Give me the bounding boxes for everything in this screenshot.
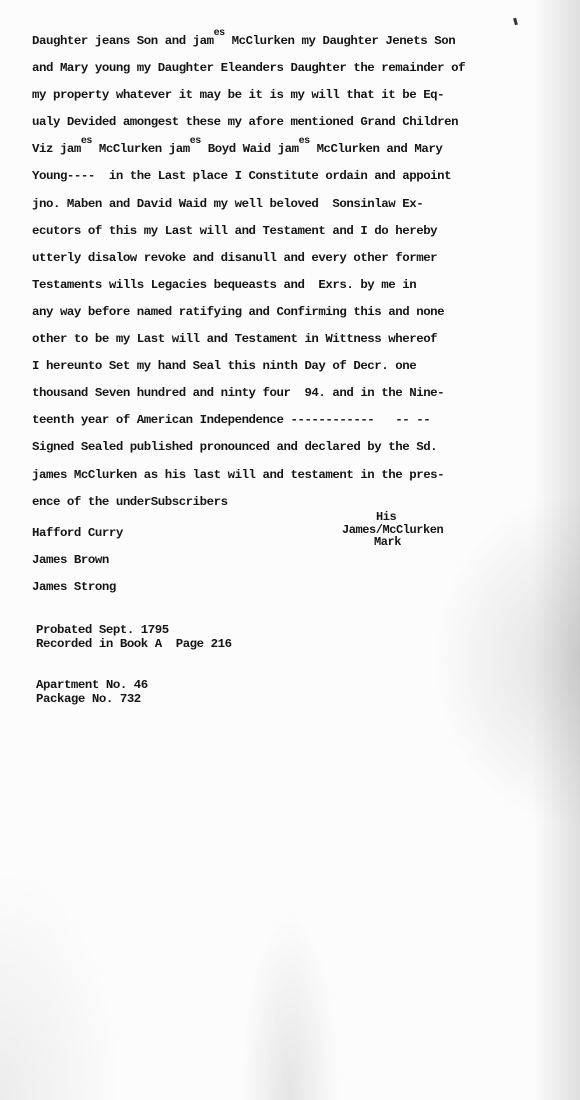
line-text: Boyd Waid jam — [201, 142, 299, 156]
body-line: james McClurken as his last will and tes… — [32, 467, 552, 494]
body-line: Testaments wills Legacies bequeasts and … — [32, 277, 552, 304]
package-number: Package No. 732 — [36, 693, 148, 707]
witness-name: James Brown — [32, 552, 123, 579]
body-line: my property whatever it may be it is my … — [32, 87, 552, 114]
line-text: McClurken and Mary — [310, 142, 443, 156]
line-text: and Mary young my Daughter Eleanders Dau… — [32, 61, 465, 75]
superscript-abbrev: es — [214, 28, 225, 39]
line-text: Viz jam — [32, 142, 81, 156]
signature-mark-label: Mark — [342, 536, 472, 549]
line-text: jno. Maben and David Waid my well belove… — [32, 197, 423, 211]
testator-signature-mark: His James/McClurken Mark — [342, 511, 472, 549]
body-line: Viz james McClurken james Boyd Waid jame… — [32, 141, 552, 168]
line-text: Young---- in the Last place I Constitute… — [32, 169, 451, 183]
body-line: utterly disalow revoke and disanull and … — [32, 250, 552, 277]
probate-record: Probated Sept. 1795 Recorded in Book A P… — [36, 624, 232, 651]
line-text: Daughter jeans Son and jam — [32, 34, 214, 48]
line-text: ence of the underSubscribers — [32, 495, 228, 509]
recorded-book-page: Recorded in Book A Page 216 — [36, 638, 232, 652]
apartment-number: Apartment No. 46 — [36, 679, 148, 693]
superscript-abbrev: es — [190, 136, 201, 147]
body-line: ence of the underSubscribers — [32, 494, 552, 521]
body-line: I hereunto Set my hand Seal this ninth D… — [32, 358, 552, 385]
body-line: any way before named ratifying and Confi… — [32, 304, 552, 331]
body-line: Daughter jeans Son and james McClurken m… — [32, 33, 552, 60]
line-text: Testaments wills Legacies bequeasts and … — [32, 278, 416, 292]
line-text: thousand Seven hundred and ninty four 94… — [32, 386, 444, 400]
superscript-abbrev: es — [81, 136, 92, 147]
line-text: McClurken jam — [92, 142, 190, 156]
body-line: Young---- in the Last place I Constitute… — [32, 168, 552, 195]
witness-name: James Strong — [32, 579, 123, 606]
line-text: Signed Sealed published pronounced and d… — [32, 440, 437, 454]
will-body-text: Daughter jeans Son and james McClurken m… — [32, 33, 552, 521]
body-line: and Mary young my Daughter Eleanders Dau… — [32, 60, 552, 87]
line-text: other to be my Last will and Testament i… — [32, 332, 437, 346]
body-line: jno. Maben and David Waid my well belove… — [32, 196, 552, 223]
filing-location: Apartment No. 46 Package No. 732 — [36, 679, 148, 706]
superscript-abbrev: es — [299, 136, 310, 147]
witness-name: Hafford Curry — [32, 525, 123, 552]
line-text: any way before named ratifying and Confi… — [32, 305, 444, 319]
signature-his-label: His — [342, 511, 472, 524]
body-line: thousand Seven hundred and ninty four 94… — [32, 385, 552, 412]
line-text: I hereunto Set my hand Seal this ninth D… — [32, 359, 416, 373]
witness-list: Hafford Curry James Brown James Strong — [32, 525, 123, 606]
line-text: my property whatever it may be it is my … — [32, 88, 444, 102]
line-text: McClurken my Daughter Jenets Son — [225, 34, 456, 48]
body-line: other to be my Last will and Testament i… — [32, 331, 552, 358]
line-text: james McClurken as his last will and tes… — [32, 468, 444, 482]
body-line: ualy Devided amongest these my afore men… — [32, 114, 552, 141]
signature-name: James/McClurken — [342, 524, 472, 537]
line-text: ecutors of this my Last will and Testame… — [32, 224, 437, 238]
body-line: teenth year of American Independence ---… — [32, 412, 552, 439]
line-text: utterly disalow revoke and disanull and … — [32, 251, 437, 265]
stray-ink-mark — [513, 18, 518, 26]
body-line: ecutors of this my Last will and Testame… — [32, 223, 552, 250]
scanned-page: Daughter jeans Son and james McClurken m… — [0, 0, 580, 1100]
body-line: Signed Sealed published pronounced and d… — [32, 439, 552, 466]
line-text: ualy Devided amongest these my afore men… — [32, 115, 458, 129]
line-text: teenth year of American Independence ---… — [32, 413, 430, 427]
probated-date: Probated Sept. 1795 — [36, 624, 232, 638]
